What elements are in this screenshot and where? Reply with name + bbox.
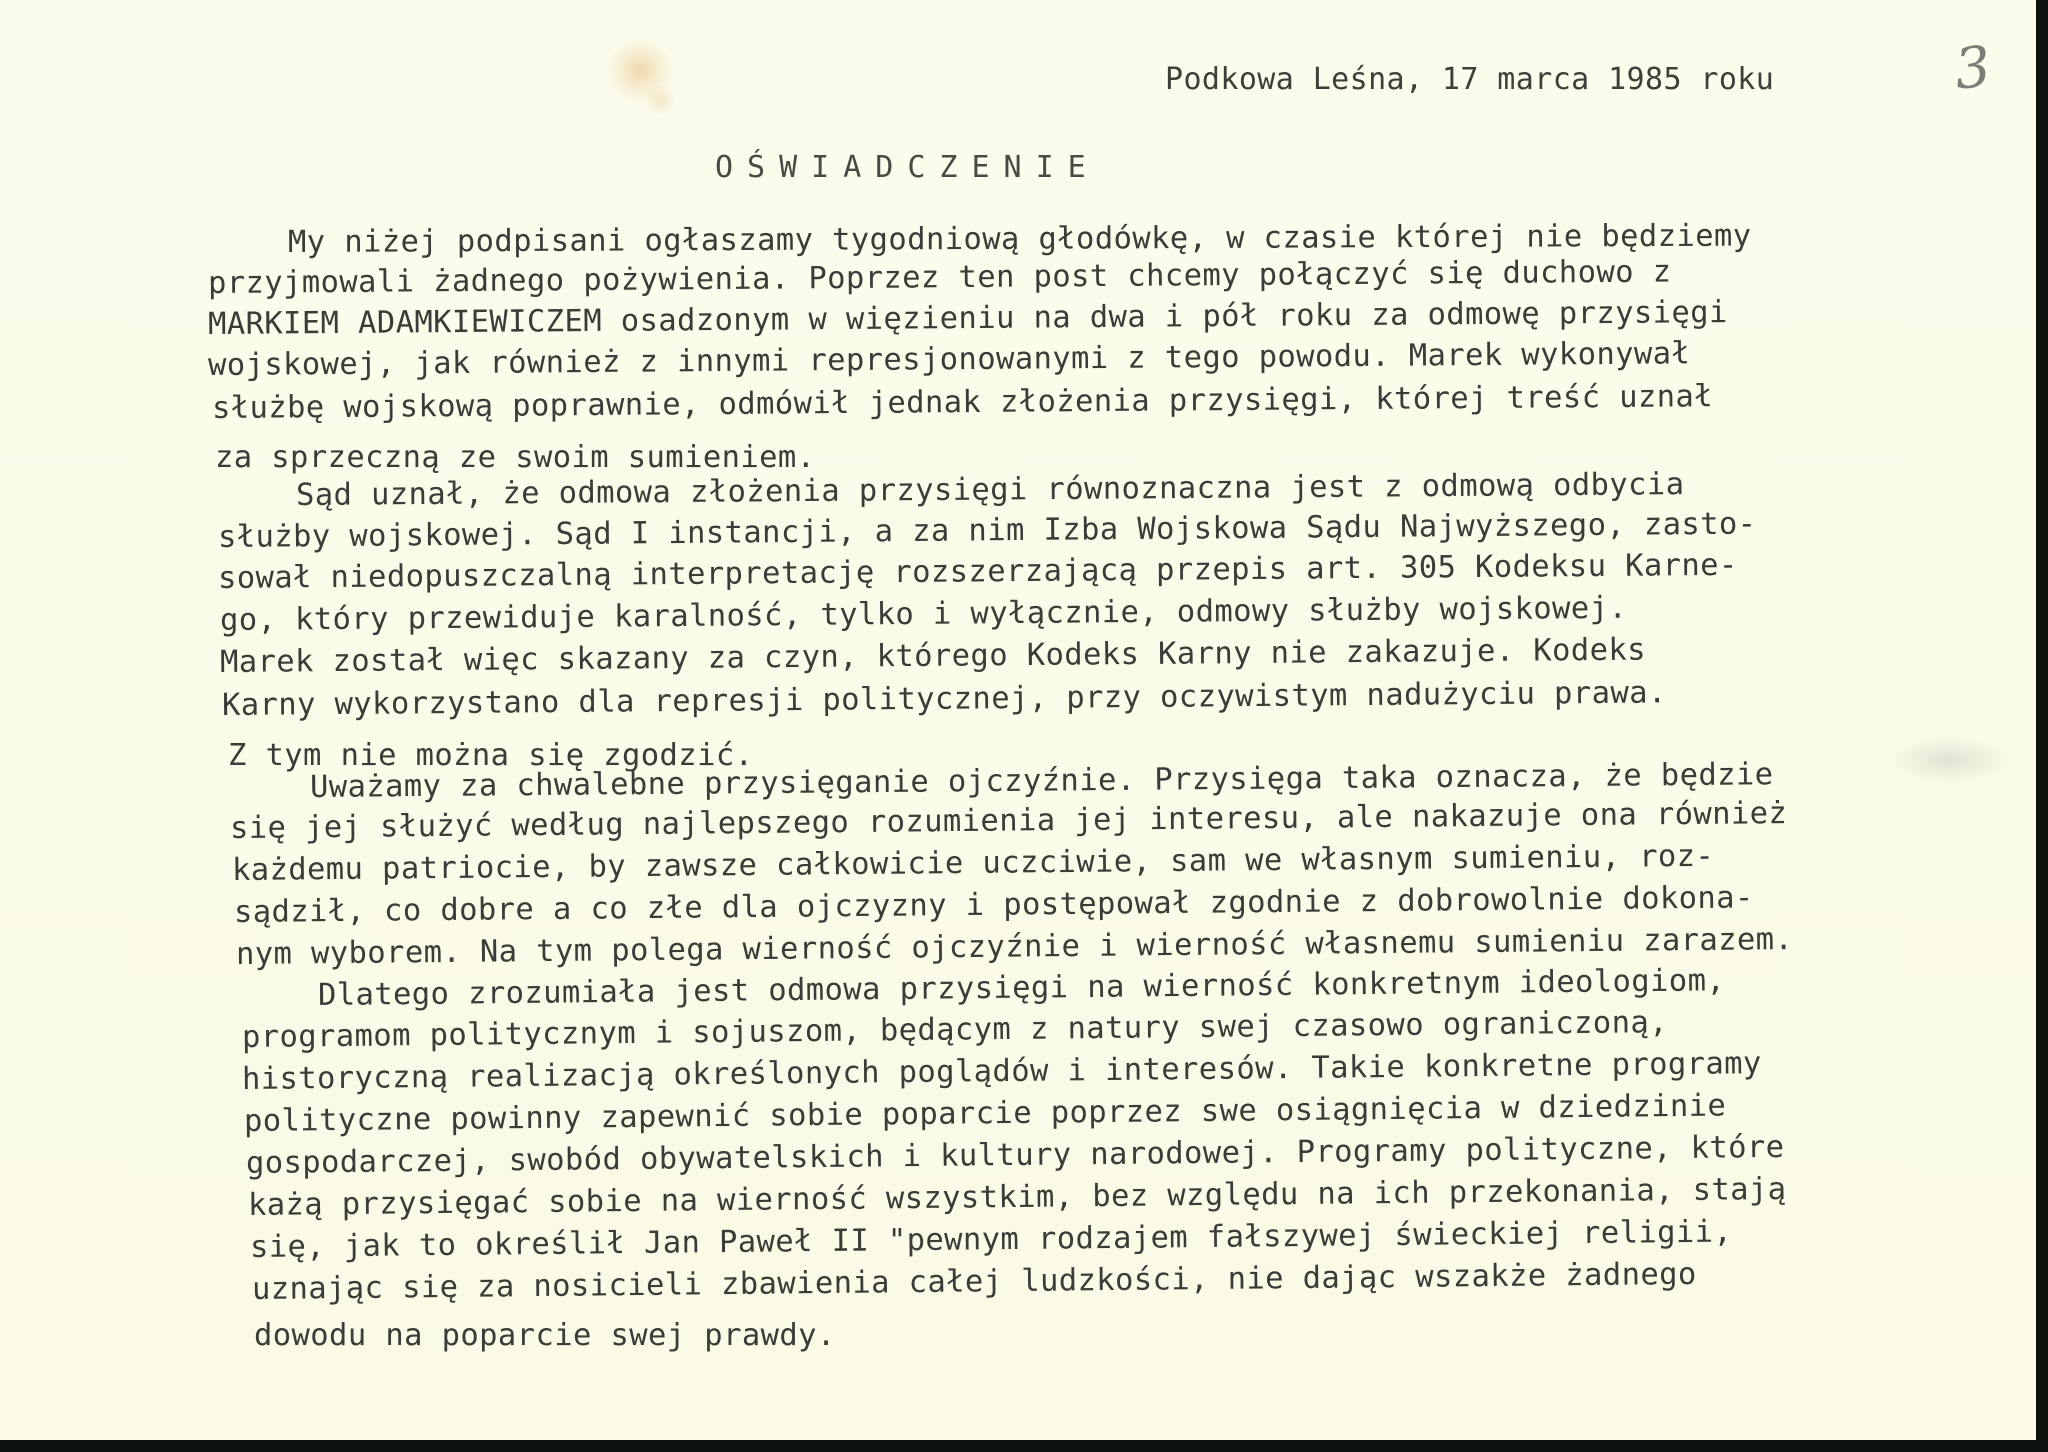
text-line: służby wojskowej. Sąd I instancji, a za … (218, 507, 1757, 555)
text-line: się, jak to określił Jan Paweł II "pewny… (250, 1214, 1733, 1265)
place-date: Podkowa Leśna, 17 marca 1985 roku (1165, 62, 1774, 97)
scan-border-bottom (0, 1440, 2048, 1452)
handwritten-page-number: 3 (1952, 34, 1994, 102)
text-line: dowodu na poparcie swej prawdy. (254, 1318, 836, 1353)
text-line: Karny wykorzystano dla represji politycz… (222, 675, 1667, 723)
text-line: My niżej podpisani ogłaszamy tygodniową … (288, 219, 1752, 260)
text-line: wojskowej, jak również z innymi represjo… (208, 336, 1690, 383)
text-line: go, który przewiduje karalność, tylko i … (220, 591, 1627, 638)
text-line: uznając się za nosicieli zbawienia całej… (252, 1257, 1697, 1307)
text-line: za sprzeczną ze swoim sumieniem. (215, 440, 815, 475)
text-line: programom politycznym i sojuszom, będący… (242, 1005, 1668, 1055)
text-line: MARKIEM ADAMKIEWICZEM osadzonym w więzie… (208, 295, 1728, 342)
text-line: służbę wojskową poprawnie, odmówił jedna… (212, 379, 1713, 426)
document-title: OŚWIADCZENIE (715, 150, 1100, 185)
text-line: historyczną realizacją określonych poglą… (242, 1046, 1762, 1097)
text-line: sował niedopuszczalną interpretację rozs… (218, 548, 1738, 596)
text-line: każdemu patriocie, by zawsze całkowicie … (232, 839, 1715, 888)
text-line: sądził, co dobre a co złe dla ojczyzny i… (234, 880, 1754, 930)
text-line: przyjmowali żadnego pożywienia. Poprzez … (208, 255, 1672, 301)
text-line: Marek został więc skazany za czyn, które… (220, 633, 1646, 680)
text-line: Dlatego zrozumiała jest odmowa przysięgi… (318, 963, 1725, 1013)
text-line: polityczne powinny zapewnić sobie poparc… (244, 1088, 1727, 1139)
scan-border-right (2036, 0, 2048, 1452)
document-page: 3 Podkowa Leśna, 17 marca 1985 roku OŚWI… (0, 0, 2036, 1440)
